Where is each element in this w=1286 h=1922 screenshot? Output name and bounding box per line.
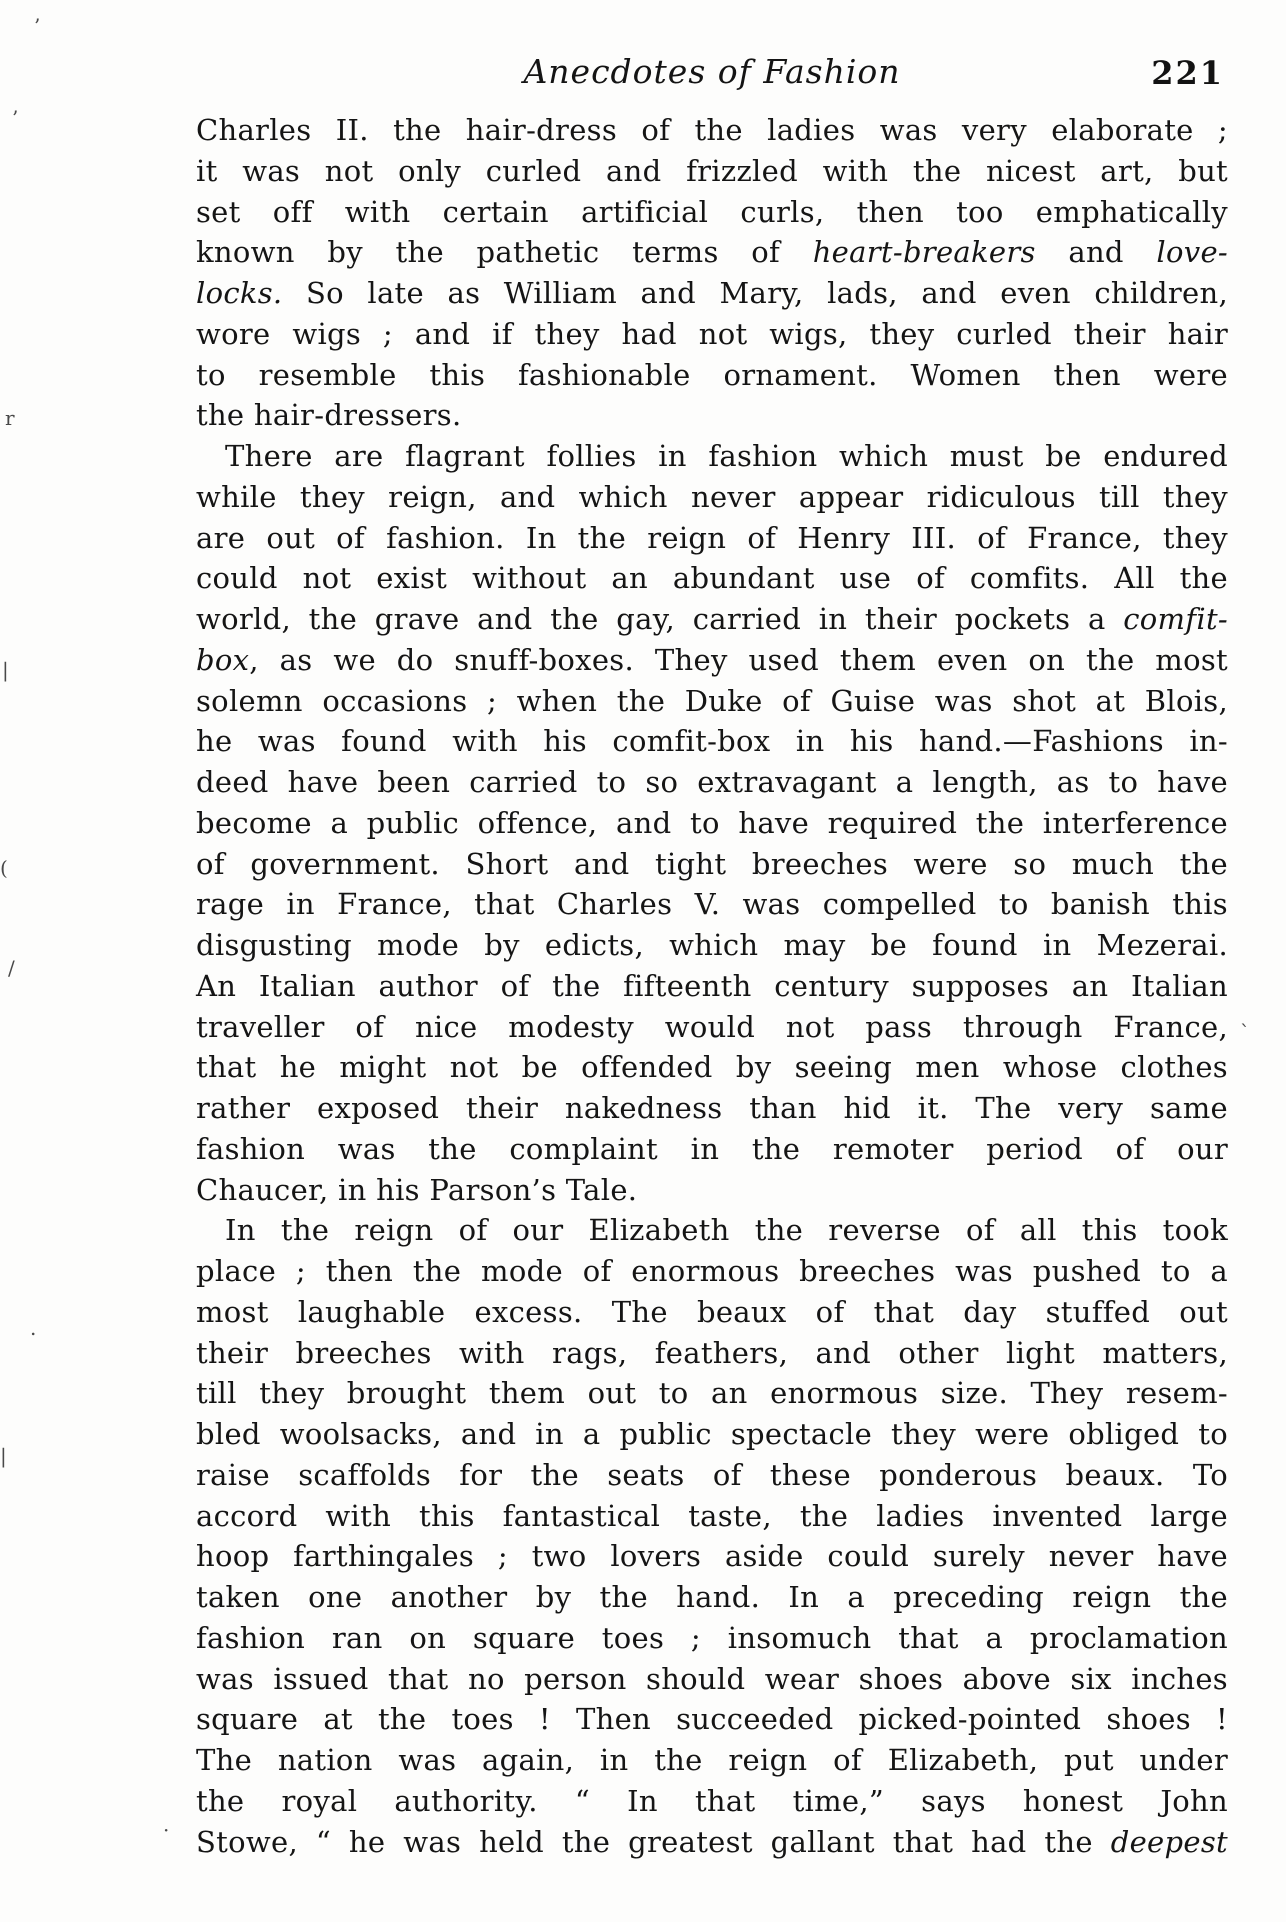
text-segment: the hair-dressers. (196, 398, 462, 432)
text-segment: set off with certain artificial curls, t… (196, 195, 1228, 229)
text-line: while they reign, and which never appear… (196, 477, 1228, 518)
text-segment: fashion ran on square toes ; insomuch th… (196, 1621, 1228, 1655)
text-line: Chaucer, in his Parson’s Tale. (196, 1170, 1228, 1211)
text-line: rage in France, that Charles V. was comp… (196, 884, 1228, 925)
text-line: place ; then the mode of enormous breech… (196, 1251, 1228, 1292)
running-title: Anecdotes of Fashion (196, 52, 1228, 91)
text-line: it was not only curled and frizzled with… (196, 151, 1228, 192)
text-line: Charles II. the hair-dress of the ladies… (196, 110, 1228, 151)
italic-text-segment: heart-breakers (813, 235, 1036, 269)
text-segment: till they brought them out to an enormou… (196, 1376, 1228, 1410)
text-segment: could not exist without an abundant use … (196, 561, 1228, 595)
text-line: fashion ran on square toes ; insomuch th… (196, 1618, 1228, 1659)
text-segment: There are flagrant follies in fashion wh… (225, 439, 1228, 473)
text-line: box, as we do snuff-boxes. They used the… (196, 640, 1228, 681)
text-line: accord with this fantastical taste, the … (196, 1496, 1228, 1537)
scan-artifact: | (0, 1444, 7, 1468)
text-segment: Stowe, “ he was held the greatest gallan… (196, 1825, 1111, 1859)
scan-artifact: . (30, 1316, 36, 1340)
text-line: taken one another by the hand. In a prec… (196, 1577, 1228, 1618)
text-segment: square at the toes ! Then succeeded pick… (196, 1702, 1228, 1736)
text-line: become a public offence, and to have req… (196, 803, 1228, 844)
scan-artifact: ` (1240, 1020, 1250, 1044)
text-segment: hoop farthingales ; two lovers aside cou… (196, 1539, 1228, 1573)
text-segment: and (1036, 235, 1157, 269)
text-line: could not exist without an abundant use … (196, 558, 1228, 599)
text-line: rather exposed their nakedness than hid … (196, 1088, 1228, 1129)
text-segment: world, the grave and the gay, carried in… (196, 602, 1123, 636)
text-line: disgusting mode by edicts, which may be … (196, 925, 1228, 966)
text-segment: traveller of nice modesty would not pass… (196, 1010, 1228, 1044)
text-body: Charles II. the hair-dress of the ladies… (196, 110, 1228, 1862)
text-segment: become a public offence, and to have req… (196, 806, 1228, 840)
text-segment: while they reign, and which never appear… (196, 480, 1228, 514)
text-line: There are flagrant follies in fashion wh… (196, 436, 1228, 477)
text-segment: he was found with his comfit-box in his … (196, 724, 1228, 758)
italic-text-segment: locks. (196, 276, 282, 310)
text-segment: was issued that no person should wear sh… (196, 1662, 1228, 1696)
text-segment: that he might not be offended by seeing … (196, 1050, 1228, 1084)
text-segment: In the reign of our Elizabeth the revers… (225, 1213, 1228, 1247)
text-line: hoop farthingales ; two lovers aside cou… (196, 1536, 1228, 1577)
text-line: was issued that no person should wear sh… (196, 1659, 1228, 1700)
text-segment: most laughable excess. The beaux of that… (196, 1295, 1228, 1329)
italic-text-segment: box (196, 643, 249, 677)
text-segment: deed have been carried to so extravagant… (196, 765, 1228, 799)
text-line: An Italian author of the fifteenth centu… (196, 966, 1228, 1007)
text-line: Stowe, “ he was held the greatest gallan… (196, 1822, 1228, 1863)
text-segment: , as we do snuff-boxes. They used them e… (249, 643, 1228, 677)
text-line: set off with certain artificial curls, t… (196, 192, 1228, 233)
text-line: wore wigs ; and if they had not wigs, th… (196, 314, 1228, 355)
text-line: In the reign of our Elizabeth the revers… (196, 1210, 1228, 1251)
page-number: 221 (1151, 54, 1224, 92)
text-line: traveller of nice modesty would not pass… (196, 1007, 1228, 1048)
text-segment: An Italian author of the fifteenth centu… (196, 969, 1228, 1003)
text-line: are out of fashion. In the reign of Henr… (196, 518, 1228, 559)
scan-artifact: | (2, 658, 9, 682)
text-line: known by the pathetic terms of heart-bre… (196, 232, 1228, 273)
text-line: he was found with his comfit-box in his … (196, 721, 1228, 762)
text-segment: rather exposed their nakedness than hid … (196, 1091, 1228, 1125)
scan-artifact: · (163, 1818, 169, 1842)
text-segment: bled woolsacks, and in a public spectacl… (196, 1417, 1228, 1451)
text-line: the hair-dressers. (196, 395, 1228, 436)
text-line: raise scaffolds for the seats of these p… (196, 1455, 1228, 1496)
text-line: to resemble this fashionable ornament. W… (196, 355, 1228, 396)
text-line: most laughable excess. The beaux of that… (196, 1292, 1228, 1333)
text-segment: raise scaffolds for the seats of these p… (196, 1458, 1228, 1492)
text-segment: The nation was again, in the reign of El… (196, 1743, 1228, 1777)
text-segment: the royal authority. “ In that time,” sa… (196, 1784, 1228, 1818)
text-line: of government. Short and tight breeches … (196, 844, 1228, 885)
text-line: bled woolsacks, and in a public spectacl… (196, 1414, 1228, 1455)
scan-artifact: / (8, 956, 15, 980)
italic-text-segment: comfit- (1123, 602, 1228, 636)
text-segment: disgusting mode by edicts, which may be … (196, 928, 1228, 962)
text-line: fashion was the complaint in the remoter… (196, 1129, 1228, 1170)
text-line: deed have been carried to so extravagant… (196, 762, 1228, 803)
text-line: The nation was again, in the reign of El… (196, 1740, 1228, 1781)
text-segment: solemn occasions ; when the Duke of Guis… (196, 684, 1228, 718)
italic-text-segment: love- (1156, 235, 1228, 269)
text-line: their breeches with rags, feathers, and … (196, 1333, 1228, 1374)
text-segment: taken one another by the hand. In a prec… (196, 1580, 1228, 1614)
text-segment: to resemble this fashionable ornament. W… (196, 358, 1228, 392)
italic-text-segment: deepest (1111, 1825, 1228, 1859)
text-line: that he might not be offended by seeing … (196, 1047, 1228, 1088)
scan-artifact: ’ (12, 106, 18, 130)
text-segment: So late as William and Mary, lads, and e… (282, 276, 1228, 310)
text-segment: accord with this fantastical taste, the … (196, 1499, 1228, 1533)
text-segment: Charles II. the hair-dress of the ladies… (196, 113, 1228, 147)
text-segment: place ; then the mode of enormous breech… (196, 1254, 1228, 1288)
scan-artifact: ’ (34, 14, 40, 38)
text-segment: of government. Short and tight breeches … (196, 847, 1228, 881)
text-line: square at the toes ! Then succeeded pick… (196, 1699, 1228, 1740)
text-line: the royal authority. “ In that time,” sa… (196, 1781, 1228, 1822)
text-line: locks. So late as William and Mary, lads… (196, 273, 1228, 314)
running-header: Anecdotes of Fashion 221 (196, 52, 1228, 100)
scan-artifact: ( (0, 856, 8, 880)
text-line: till they brought them out to an enormou… (196, 1373, 1228, 1414)
text-segment: rage in France, that Charles V. was comp… (196, 887, 1228, 921)
book-page-scan: Anecdotes of Fashion 221 Charles II. the… (0, 0, 1286, 1922)
text-line: world, the grave and the gay, carried in… (196, 599, 1228, 640)
text-segment: fashion was the complaint in the remoter… (196, 1132, 1228, 1166)
text-segment: their breeches with rags, feathers, and … (196, 1336, 1228, 1370)
text-segment: are out of fashion. In the reign of Henr… (196, 521, 1228, 555)
text-segment: known by the pathetic terms of (196, 235, 813, 269)
text-segment: it was not only curled and frizzled with… (196, 154, 1228, 188)
text-segment: Chaucer, in his Parson’s Tale. (196, 1173, 637, 1207)
scan-artifact: r (5, 406, 15, 430)
text-segment: wore wigs ; and if they had not wigs, th… (196, 317, 1228, 351)
text-line: solemn occasions ; when the Duke of Guis… (196, 681, 1228, 722)
